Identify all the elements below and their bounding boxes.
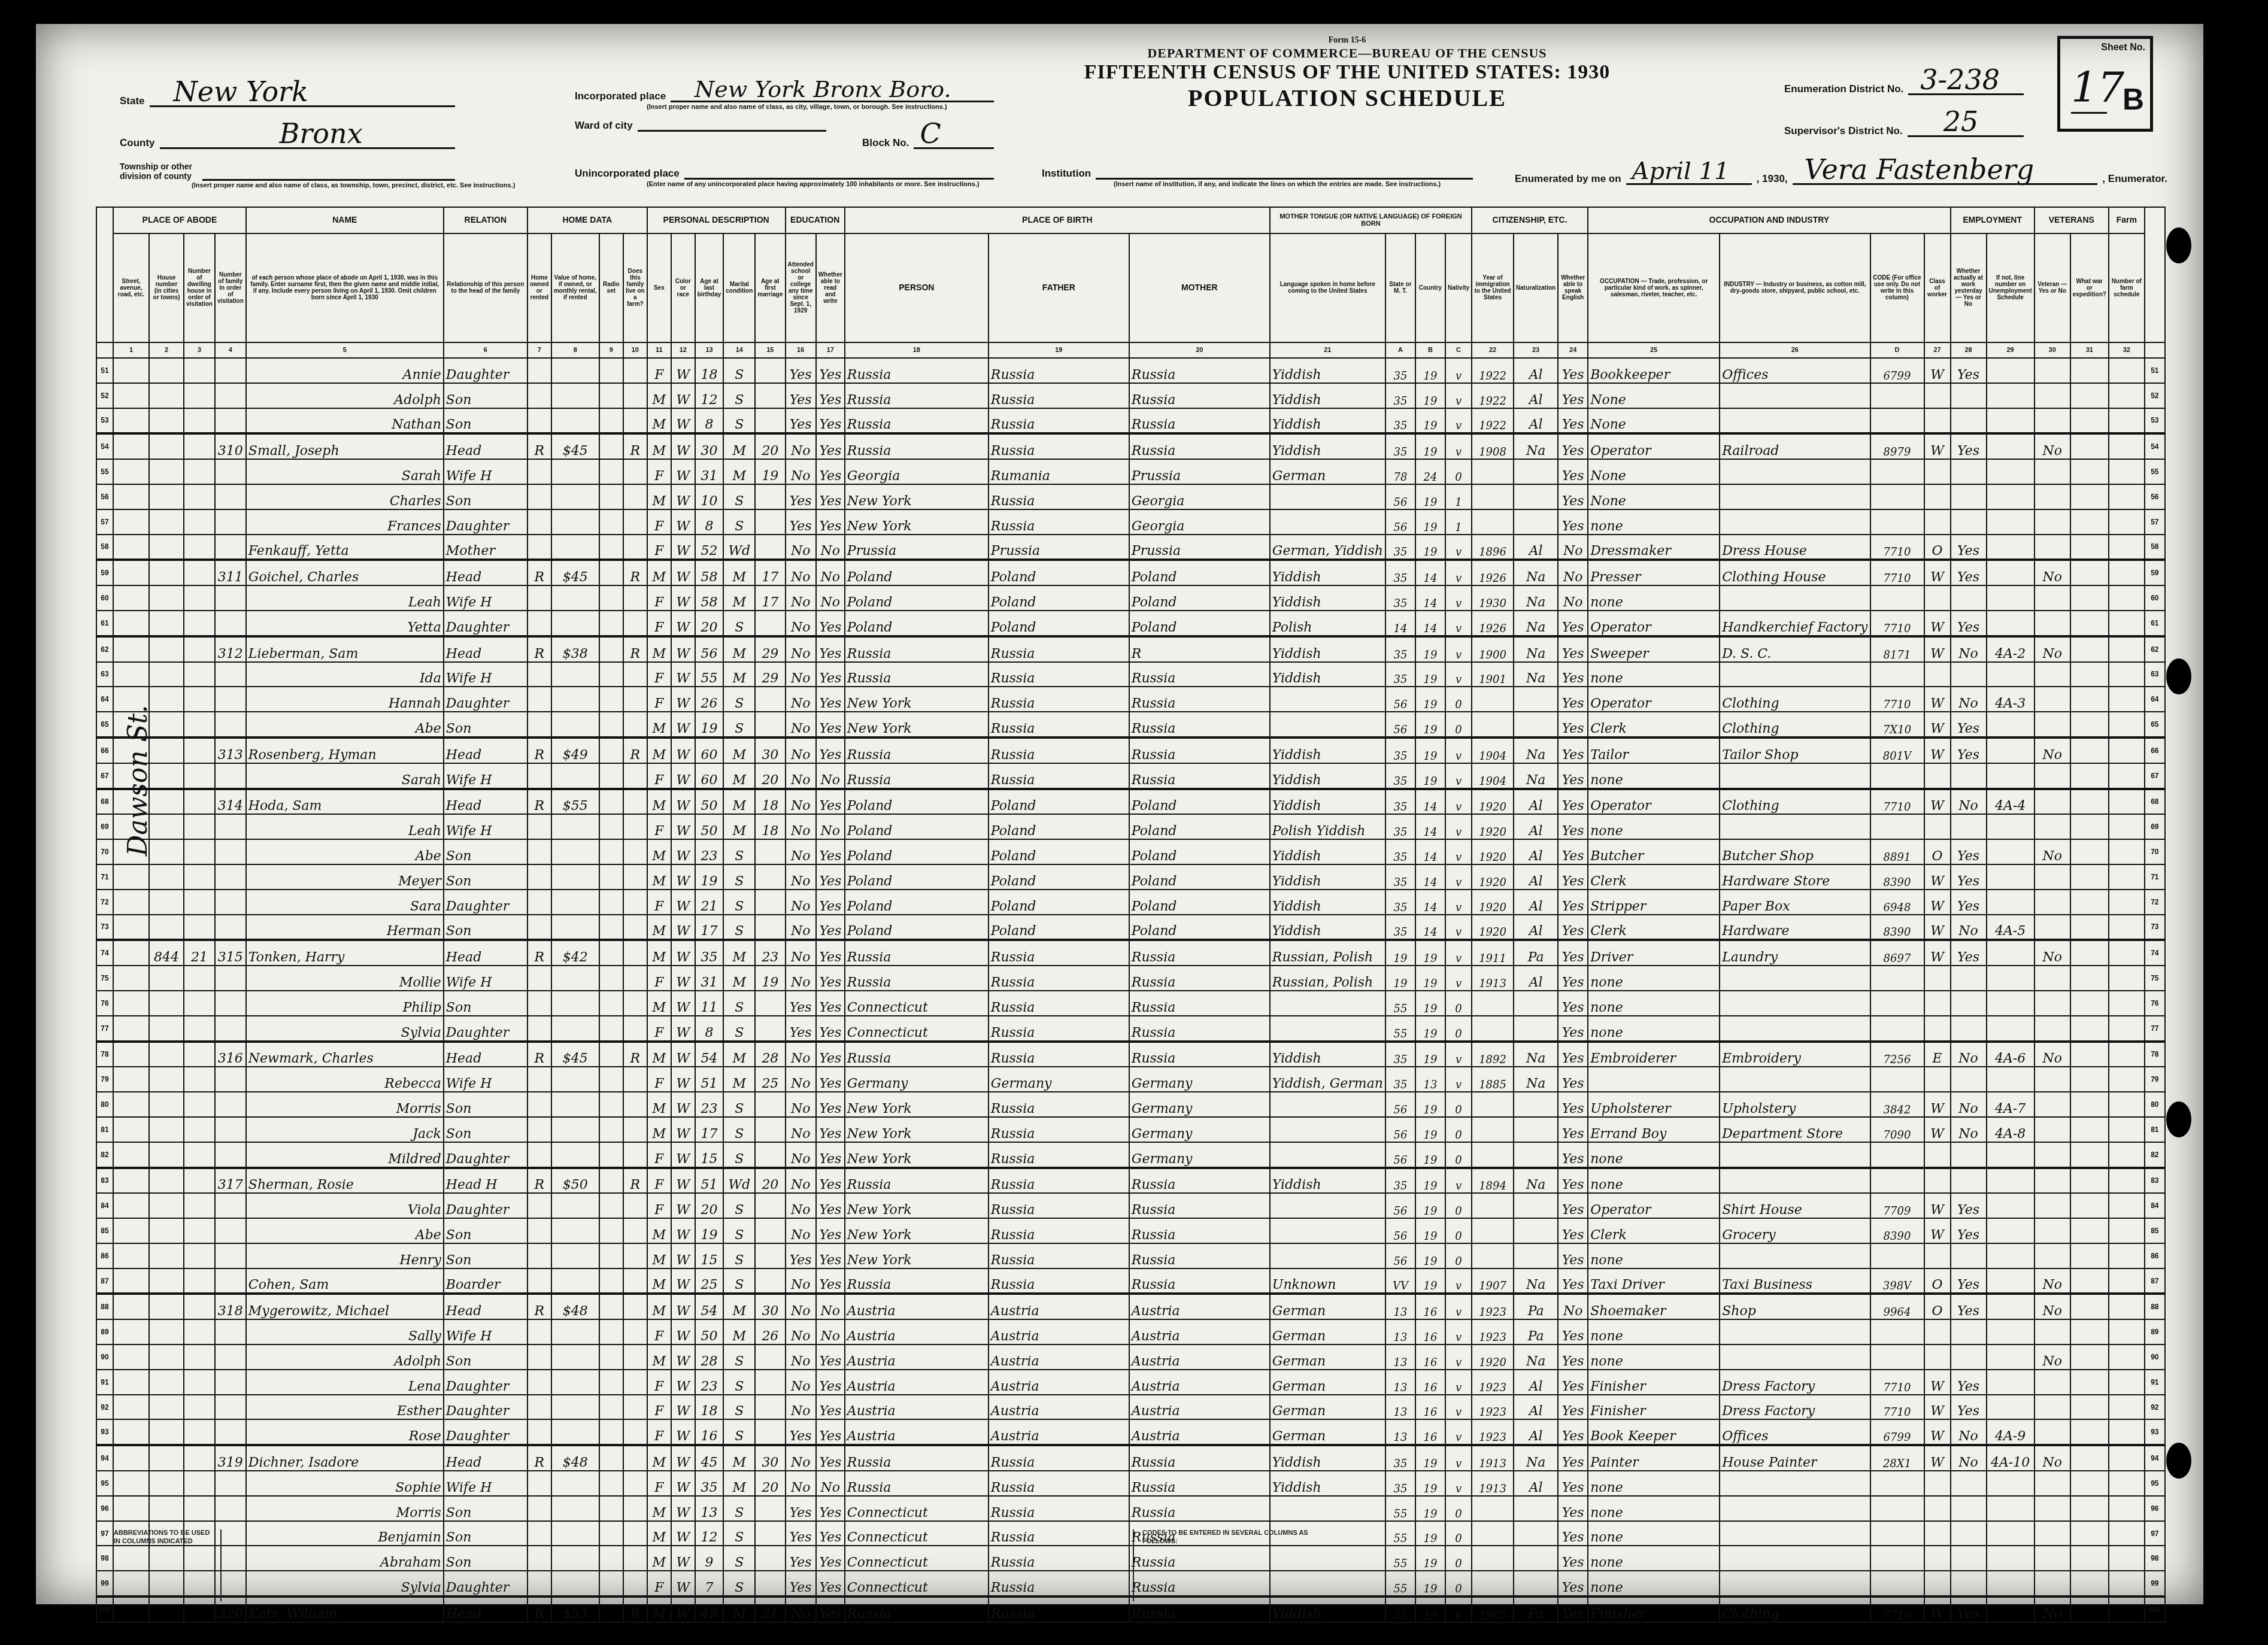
cell-immig — [1472, 1092, 1514, 1117]
cell-street — [113, 1142, 149, 1168]
cell-at-work: No — [1951, 1042, 1987, 1067]
cell-unemp: 4A-7 — [1987, 1092, 2034, 1117]
cell-bp-father: Russia — [989, 763, 1129, 789]
cell-radio — [599, 814, 623, 839]
cell-farm-no — [2109, 763, 2145, 789]
cell-english: Yes — [1558, 484, 1588, 509]
cell-english: Yes — [1558, 358, 1588, 383]
cell-bp-person: New York — [845, 484, 989, 509]
cell-occupation: Book Keeper — [1588, 1419, 1720, 1445]
line-number: 83 — [96, 1168, 113, 1194]
cell-industry — [1720, 662, 1870, 687]
table-row: 80MorrisSonMW23SNoYesNew YorkRussiaGerma… — [96, 1092, 2165, 1117]
cell-code-d — [1870, 408, 1924, 434]
cell-war — [2070, 1471, 2109, 1496]
cell-house: 844 — [149, 940, 184, 966]
cell-class: E — [1924, 1042, 1951, 1067]
cell-english: Yes — [1558, 1067, 1588, 1092]
cell-code-b: 14 — [1415, 890, 1445, 915]
cell-value — [551, 1243, 599, 1268]
cell-age-marr: 17 — [755, 585, 785, 611]
cell-english: Yes — [1558, 1395, 1588, 1420]
cell-immig: 1900 — [1472, 636, 1514, 662]
cell-race: W — [671, 1471, 695, 1496]
cell-code-c: v — [1445, 560, 1472, 585]
cell-bp-mother: Russia — [1129, 358, 1270, 383]
cell-industry: Shop — [1720, 1294, 1870, 1319]
cell-war — [2070, 1092, 2109, 1117]
cell-occupation: none — [1588, 585, 1720, 611]
cell-age: 23 — [695, 1092, 723, 1117]
cell-read: No — [816, 585, 845, 611]
cell-marital: S — [723, 1092, 755, 1117]
cell-industry: D. S. C. — [1720, 636, 1870, 662]
cell-sex: F — [647, 1471, 671, 1496]
cell-immig — [1472, 509, 1514, 535]
cell-radio — [599, 687, 623, 712]
cell-street — [113, 1319, 149, 1344]
cell-marital: M — [723, 789, 755, 815]
cell-school: Yes — [786, 358, 816, 383]
cell-language: German — [1270, 1294, 1385, 1319]
cell-farm-no — [2109, 408, 2145, 434]
cell-vet — [2034, 535, 2070, 560]
cell-farm: R — [623, 433, 647, 459]
cell-unemp — [1987, 839, 2034, 864]
cell-bp-father: Poland — [989, 611, 1129, 636]
cell-farm — [623, 991, 647, 1016]
cell-code-c: v — [1445, 763, 1472, 789]
cell-class — [1924, 662, 1951, 687]
cell-name: Meyer — [246, 864, 444, 890]
cell-family — [215, 484, 246, 509]
cell-sex: M — [647, 408, 671, 434]
ward-value — [638, 130, 826, 132]
column-number: 14 — [723, 342, 755, 358]
cell-immig: 1923 — [1472, 1395, 1514, 1420]
cell-radio — [599, 1218, 623, 1243]
cell-code-b: 19 — [1415, 383, 1445, 408]
cell-code-c: v — [1445, 966, 1472, 991]
cell-unemp — [1987, 1016, 2034, 1042]
cell-code-c: v — [1445, 535, 1472, 560]
table-row: 62312Lieberman, SamHeadR$38RMW56M29NoYes… — [96, 636, 2165, 662]
line-number: 67 — [2145, 763, 2165, 789]
cell-family — [215, 1471, 246, 1496]
cell-code-d: 7256 — [1870, 1042, 1924, 1067]
cell-race: W — [671, 1243, 695, 1268]
table-row: 51AnnieDaughterFW18SYesYesRussiaRussiaRu… — [96, 358, 2165, 383]
cell-english: Yes — [1558, 940, 1588, 966]
cell-english: Yes — [1558, 966, 1588, 991]
cell-owned — [527, 763, 551, 789]
table-row: 88318Mygerowitz, MichaelHeadR$48MW54M30N… — [96, 1294, 2165, 1319]
cell-sex: M — [647, 1268, 671, 1294]
cell-class: W — [1924, 1117, 1951, 1142]
line-number: 68 — [2145, 789, 2165, 815]
cell-unemp — [1987, 966, 2034, 991]
cell-school: No — [786, 535, 816, 560]
sheet-side: B — [2123, 82, 2144, 117]
cell-family — [215, 1218, 246, 1243]
group-veterans: VETERANS — [2034, 207, 2109, 233]
cell-code-d — [1870, 1168, 1924, 1194]
cell-vet: No — [2034, 636, 2070, 662]
cell-dwelling — [184, 636, 215, 662]
cell-unemp — [1987, 611, 2034, 636]
cell-industry: Upholstery — [1720, 1092, 1870, 1117]
cell-farm-no — [2109, 814, 2145, 839]
cell-street — [113, 966, 149, 991]
cell-value: $45 — [551, 1042, 599, 1067]
cell-farm — [623, 940, 647, 966]
cell-marital: S — [723, 1370, 755, 1395]
cell-class — [1924, 1344, 1951, 1370]
cell-natz: Na — [1514, 1168, 1558, 1194]
cell-marital: S — [723, 687, 755, 712]
cell-marital: S — [723, 1496, 755, 1521]
line-number: 62 — [96, 636, 113, 662]
cell-owned — [527, 1471, 551, 1496]
cell-industry: Taxi Business — [1720, 1268, 1870, 1294]
cell-war — [2070, 1344, 2109, 1370]
cell-dwelling — [184, 1370, 215, 1395]
cell-at-work: Yes — [1951, 1268, 1987, 1294]
cell-class — [1924, 408, 1951, 434]
line-number: 92 — [96, 1395, 113, 1420]
cell-house — [149, 1370, 184, 1395]
cell-farm-no — [2109, 1168, 2145, 1194]
cell-bp-person: New York — [845, 687, 989, 712]
line-number: 66 — [96, 737, 113, 763]
cell-english: Yes — [1558, 1117, 1588, 1142]
cell-immig: 1892 — [1472, 1042, 1514, 1067]
cell-owned — [527, 1496, 551, 1521]
cell-english: Yes — [1558, 890, 1588, 915]
cell-name: Fenkauff, Yetta — [246, 535, 444, 560]
cell-marital: M — [723, 560, 755, 585]
cell-class — [1924, 1142, 1951, 1168]
cell-bp-person: Poland — [845, 915, 989, 940]
cell-bp-father: Austria — [989, 1294, 1129, 1319]
cell-value — [551, 966, 599, 991]
cell-owned: R — [527, 1445, 551, 1471]
cell-value — [551, 358, 599, 383]
cell-english: No — [1558, 535, 1588, 560]
cell-school: No — [786, 459, 816, 484]
cell-house — [149, 1092, 184, 1117]
cell-code-c: v — [1445, 358, 1472, 383]
cell-street — [113, 737, 149, 763]
column-number: 21 — [1270, 342, 1385, 358]
cell-immig: 1920 — [1472, 789, 1514, 815]
cell-bp-mother: Prussia — [1129, 535, 1270, 560]
cell-bp-mother: Russia — [1129, 1471, 1270, 1496]
cell-age-marr: 20 — [755, 433, 785, 459]
column-header-21: Language spoken in home before coming to… — [1270, 233, 1385, 342]
cell-class: W — [1924, 358, 1951, 383]
cell-school: No — [786, 1092, 816, 1117]
cell-house — [149, 789, 184, 815]
cell-farm-no — [2109, 1419, 2145, 1445]
cell-race: W — [671, 890, 695, 915]
cell-farm-no — [2109, 662, 2145, 687]
cell-vet — [2034, 1419, 2070, 1445]
cell-dwelling — [184, 763, 215, 789]
cell-radio — [599, 1067, 623, 1092]
cell-value — [551, 814, 599, 839]
cell-at-work: Yes — [1951, 433, 1987, 459]
cell-english: Yes — [1558, 611, 1588, 636]
column-header-24: Whether able to speak English — [1558, 233, 1588, 342]
cell-farm — [623, 763, 647, 789]
enumeration-district-label: Enumeration District No. — [1784, 83, 1903, 95]
cell-radio — [599, 459, 623, 484]
cell-bp-person: Russia — [845, 1445, 989, 1471]
cell-natz: Na — [1514, 585, 1558, 611]
cell-code-a: 35 — [1385, 915, 1415, 940]
cell-farm — [623, 1395, 647, 1420]
cell-race: W — [671, 940, 695, 966]
table-row: 96MorrisSonMW13SYesYesConnecticutRussiaR… — [96, 1496, 2165, 1521]
cell-immig — [1472, 1016, 1514, 1042]
cell-language — [1270, 1496, 1385, 1521]
cell-code-d — [1870, 1067, 1924, 1092]
cell-code-a: 56 — [1385, 1117, 1415, 1142]
cell-farm-no — [2109, 687, 2145, 712]
table-row: 68314Hoda, SamHeadR$55MW50M18NoYesPoland… — [96, 789, 2165, 815]
cell-bp-person: Austria — [845, 1344, 989, 1370]
cell-age: 12 — [695, 383, 723, 408]
column-header-25: OCCUPATION — Trade, profession, or parti… — [1588, 233, 1720, 342]
cell-school: No — [786, 1395, 816, 1420]
cell-war — [2070, 864, 2109, 890]
line-number: 90 — [96, 1344, 113, 1370]
cell-class: W — [1924, 1092, 1951, 1117]
cell-school: Yes — [786, 383, 816, 408]
ward-label: Ward of city — [575, 120, 633, 132]
cell-occupation: Butcher — [1588, 839, 1720, 864]
group-education: EDUCATION — [786, 207, 845, 233]
cell-unemp — [1987, 408, 2034, 434]
cell-marital: M — [723, 459, 755, 484]
cell-occupation: none — [1588, 763, 1720, 789]
cell-war — [2070, 991, 2109, 1016]
cell-age-marr: 30 — [755, 1445, 785, 1471]
cell-value — [551, 1016, 599, 1042]
cell-language — [1270, 1142, 1385, 1168]
cell-war — [2070, 712, 2109, 737]
column-number: 19 — [989, 342, 1129, 358]
cell-code-c: 0 — [1445, 1092, 1472, 1117]
cell-name: Adolph — [246, 1344, 444, 1370]
cell-name: Annie — [246, 358, 444, 383]
cell-age-marr — [755, 1117, 785, 1142]
cell-language: German — [1270, 1370, 1385, 1395]
line-number: 76 — [2145, 991, 2165, 1016]
table-row: 82MildredDaughterFW15SNoYesNew YorkRussi… — [96, 1142, 2165, 1168]
cell-sex: M — [647, 940, 671, 966]
cell-race: W — [671, 1067, 695, 1092]
cell-name: Mygerowitz, Michael — [246, 1294, 444, 1319]
footer-instructions: ABBREVIATIONS TO BE USED IN COLUMNS INDI… — [114, 1529, 2149, 1601]
cell-class: W — [1924, 1445, 1951, 1471]
cell-code-c: v — [1445, 611, 1472, 636]
cell-at-work — [1951, 1319, 1987, 1344]
cell-age-marr — [755, 1268, 785, 1294]
cell-age-marr: 23 — [755, 940, 785, 966]
cell-age-marr: 18 — [755, 789, 785, 815]
cell-farm — [623, 459, 647, 484]
cell-value — [551, 1496, 599, 1521]
cell-farm-no — [2109, 535, 2145, 560]
table-row: 93RoseDaughterFW16SYesYesAustriaAustriaA… — [96, 1419, 2165, 1445]
cell-owned: R — [527, 737, 551, 763]
cell-sex: F — [647, 1193, 671, 1218]
cell-relation: Head H — [444, 1168, 527, 1194]
cell-house — [149, 991, 184, 1016]
cell-owned: R — [527, 433, 551, 459]
cell-bp-mother: R — [1129, 636, 1270, 662]
cell-english: Yes — [1558, 383, 1588, 408]
cell-owned — [527, 509, 551, 535]
cell-code-a: 19 — [1385, 966, 1415, 991]
cell-occupation: none — [1588, 1243, 1720, 1268]
cell-bp-person: New York — [845, 1243, 989, 1268]
cell-code-a: 35 — [1385, 1042, 1415, 1067]
cell-farm — [623, 1243, 647, 1268]
cell-radio — [599, 1445, 623, 1471]
cell-english: Yes — [1558, 408, 1588, 434]
line-number: 79 — [96, 1067, 113, 1092]
line-number: 56 — [2145, 484, 2165, 509]
cell-bp-father: Poland — [989, 789, 1129, 815]
cell-age-marr — [755, 687, 785, 712]
cell-dwelling — [184, 890, 215, 915]
cell-code-b: 19 — [1415, 433, 1445, 459]
cell-owned: R — [527, 789, 551, 815]
cell-farm — [623, 687, 647, 712]
cell-class — [1924, 1496, 1951, 1521]
cell-sex: M — [647, 560, 671, 585]
cell-value — [551, 991, 599, 1016]
cell-marital: S — [723, 712, 755, 737]
cell-value — [551, 1117, 599, 1142]
cell-dwelling — [184, 814, 215, 839]
cell-house — [149, 1042, 184, 1067]
cell-code-d — [1870, 1142, 1924, 1168]
cell-code-b: 16 — [1415, 1419, 1445, 1445]
cell-occupation: Dressmaker — [1588, 535, 1720, 560]
cell-family — [215, 814, 246, 839]
cell-natz — [1514, 459, 1558, 484]
line-number: 75 — [96, 966, 113, 991]
cell-code-b: 19 — [1415, 737, 1445, 763]
cell-english: Yes — [1558, 1042, 1588, 1067]
cell-code-d: 6948 — [1870, 890, 1924, 915]
cell-bp-mother: Russia — [1129, 991, 1270, 1016]
cell-read: No — [816, 763, 845, 789]
cell-industry — [1720, 484, 1870, 509]
cell-code-b: 16 — [1415, 1370, 1445, 1395]
cell-bp-mother: Germany — [1129, 1117, 1270, 1142]
cell-farm — [623, 839, 647, 864]
cell-dwelling — [184, 585, 215, 611]
cell-class — [1924, 814, 1951, 839]
cell-value — [551, 459, 599, 484]
cell-street — [113, 585, 149, 611]
cell-race: W — [671, 687, 695, 712]
cell-bp-person: Russia — [845, 1042, 989, 1067]
column-header-11: Sex — [647, 233, 671, 342]
cell-marital: M — [723, 585, 755, 611]
cell-natz — [1514, 484, 1558, 509]
cell-natz: Al — [1514, 1419, 1558, 1445]
cell-at-work — [1951, 1243, 1987, 1268]
cell-dwelling — [184, 1294, 215, 1319]
cell-dwelling — [184, 1193, 215, 1218]
cell-war — [2070, 358, 2109, 383]
cell-bp-father: Russia — [989, 484, 1129, 509]
cell-bp-father: Russia — [989, 687, 1129, 712]
cell-occupation: Bookkeeper — [1588, 358, 1720, 383]
cell-street — [113, 636, 149, 662]
cell-street — [113, 509, 149, 535]
line-number: 92 — [2145, 1395, 2165, 1420]
cell-immig — [1472, 484, 1514, 509]
cell-street — [113, 890, 149, 915]
cell-at-work — [1951, 459, 1987, 484]
cell-age: 55 — [695, 662, 723, 687]
cell-code-d — [1870, 662, 1924, 687]
cell-english: Yes — [1558, 1142, 1588, 1168]
cell-immig: 1901 — [1472, 662, 1514, 687]
cell-race: W — [671, 864, 695, 890]
cell-natz — [1514, 509, 1558, 535]
cell-occupation: Shoemaker — [1588, 1294, 1720, 1319]
cell-radio — [599, 662, 623, 687]
cell-bp-father: Poland — [989, 560, 1129, 585]
cell-family — [215, 509, 246, 535]
cell-language — [1270, 1117, 1385, 1142]
cell-dwelling — [184, 611, 215, 636]
cell-school: No — [786, 940, 816, 966]
cell-english: Yes — [1558, 1445, 1588, 1471]
cell-code-c: v — [1445, 636, 1472, 662]
cell-farm-no — [2109, 1016, 2145, 1042]
line-number: 58 — [96, 535, 113, 560]
cell-class — [1924, 966, 1951, 991]
cell-unemp — [1987, 383, 2034, 408]
cell-occupation: Clerk — [1588, 1218, 1720, 1243]
cell-code-c: v — [1445, 915, 1472, 940]
state-label: State — [120, 95, 145, 107]
cell-class — [1924, 1168, 1951, 1194]
cell-industry: Offices — [1720, 1419, 1870, 1445]
cell-bp-father: Poland — [989, 839, 1129, 864]
cell-industry: Handkerchief Factory — [1720, 611, 1870, 636]
cell-bp-mother: Russia — [1129, 763, 1270, 789]
cell-code-a: 35 — [1385, 383, 1415, 408]
cell-at-work: No — [1951, 687, 1987, 712]
cell-age-marr — [755, 712, 785, 737]
cell-natz: Al — [1514, 915, 1558, 940]
cell-bp-father: Russia — [989, 662, 1129, 687]
cell-unemp — [1987, 1294, 2034, 1319]
cell-occupation: Tailor — [1588, 737, 1720, 763]
cell-english: Yes — [1558, 1370, 1588, 1395]
cell-bp-father: Russia — [989, 383, 1129, 408]
